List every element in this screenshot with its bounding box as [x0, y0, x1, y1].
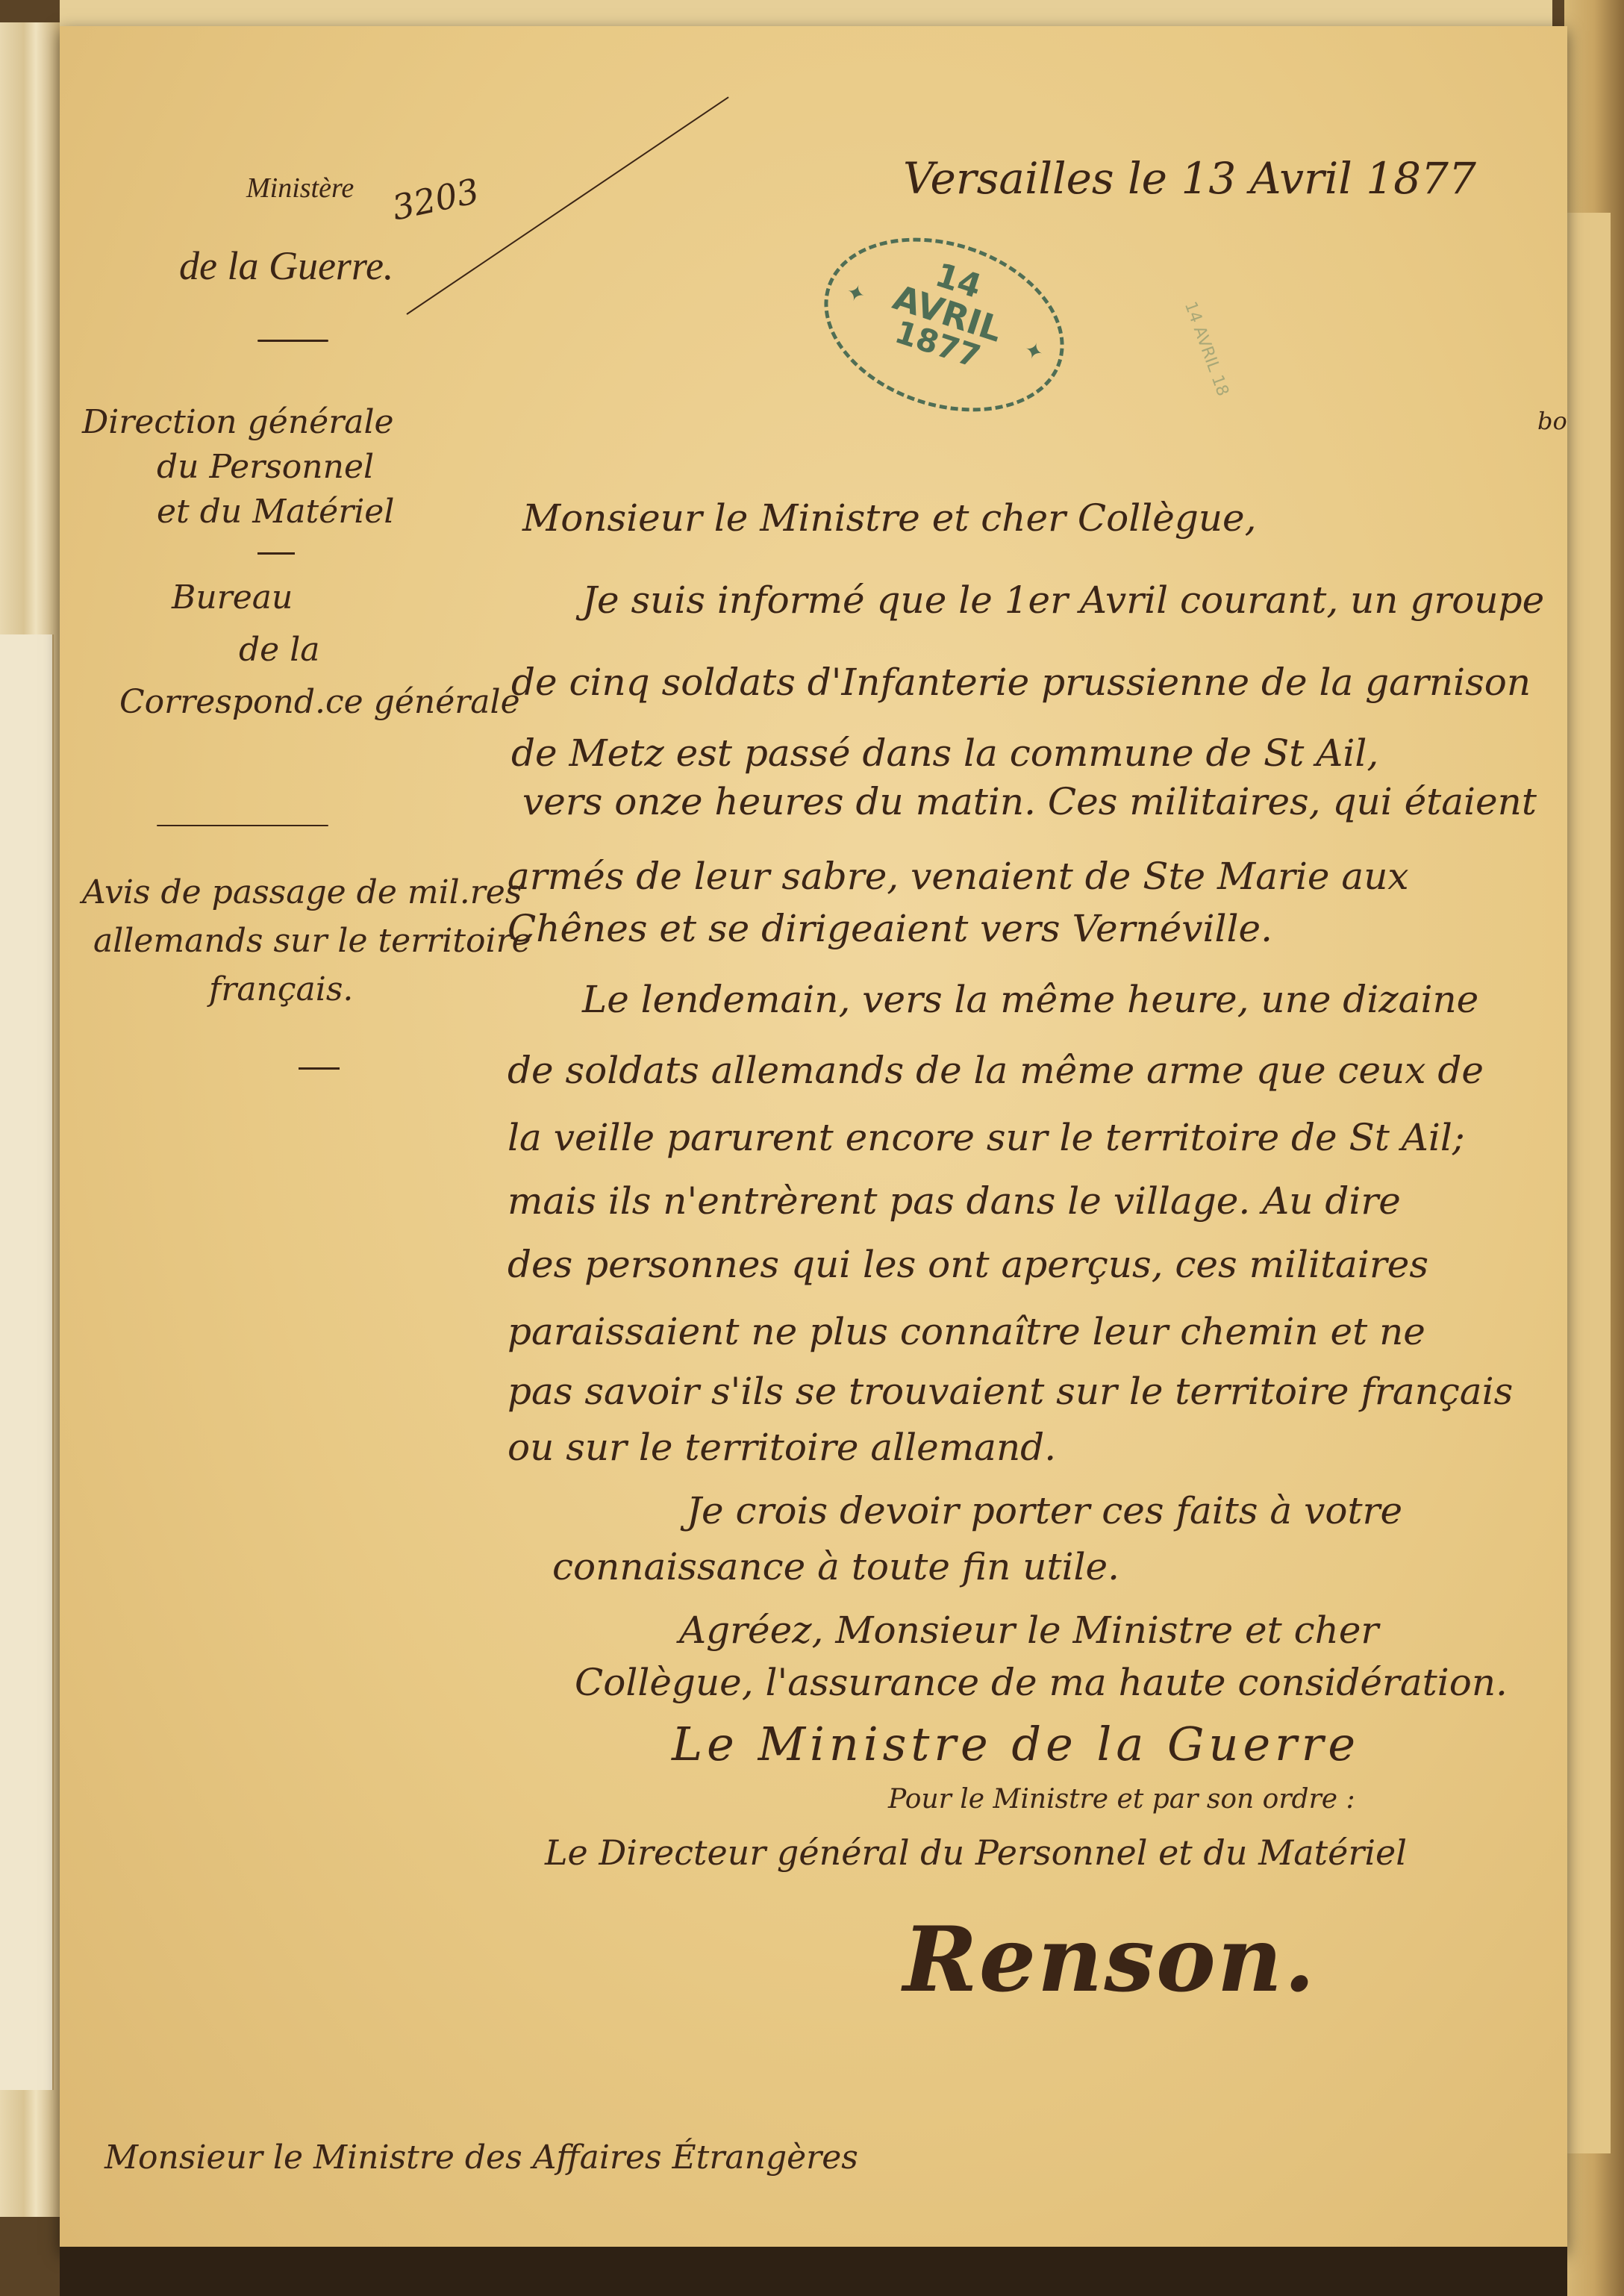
letter-page: Ministère de la Guerre. 3203 Versailles … — [60, 26, 1567, 2250]
subject-line-2: allemands sur le territoire — [93, 922, 531, 960]
reception-date-stamp: ✦ 14 AVRIL 1877 ✦ — [802, 208, 1087, 440]
signature-role: Le Directeur général du Personnel et du … — [545, 1832, 1407, 1873]
closing-line: Collègue, l'assurance de ma haute consid… — [575, 1661, 1508, 1704]
dept-line-3: et du Matériel — [157, 493, 394, 531]
body-line: la veille parurent encore sur le territo… — [507, 1116, 1465, 1159]
body-line: paraissaient ne plus connaître leur chem… — [507, 1310, 1425, 1353]
body-line: ou sur le territoire allemand. — [507, 1426, 1056, 1469]
subject-line-3: français. — [209, 970, 353, 1008]
letterhead-ornament — [257, 340, 328, 342]
body-line: pas savoir s'ils se trouvaient sur le te… — [507, 1370, 1513, 1413]
subject-divider — [299, 1067, 340, 1070]
dept-line-5: de la — [239, 631, 320, 669]
body-line: connaissance à toute fin utile. — [552, 1545, 1119, 1588]
signature-title: Le Ministre de la Guerre — [672, 1717, 1360, 1771]
underlying-sheet — [0, 634, 54, 2090]
body-line: Le lendemain, vers la même heure, une di… — [582, 978, 1478, 1021]
letterhead-ministere: Ministère — [246, 172, 354, 205]
top-sheet-edge — [60, 0, 1552, 30]
right-page-stack — [1564, 0, 1624, 2296]
body-line: Chênes et se dirigeaient vers Vernéville… — [507, 907, 1272, 950]
signature: Renson. — [903, 1907, 1317, 2012]
letterhead-guerre: de la Guerre. — [179, 243, 393, 289]
subject-line-1: Avis de passage de mil.res — [82, 873, 522, 911]
dept-flourish — [157, 825, 328, 826]
body-line: Je crois devoir porter ces faits à votre — [687, 1489, 1402, 1532]
dept-line-4: Bureau — [172, 578, 293, 617]
folded-flap — [1564, 213, 1611, 2153]
body-line: vers onze heures du matin. Ces militaire… — [522, 780, 1537, 823]
closing-line: Agréez, Monsieur le Ministre et cher — [679, 1609, 1378, 1652]
table-shadow — [60, 2247, 1567, 2296]
dept-line-6: Correspond.ce générale — [119, 683, 520, 721]
dept-line-2: du Personnel — [157, 448, 374, 486]
addressee: Monsieur le Ministre des Affaires Étrang… — [104, 2139, 858, 2177]
body-line: de cinq soldats d'Infanterie prussienne … — [511, 661, 1531, 704]
place-date: Versailles le 13 Avril 1877 — [903, 153, 1476, 204]
margin-note-right: bo — [1537, 407, 1567, 435]
body-line: de soldats allemands de la même arme que… — [507, 1049, 1484, 1092]
signature-delegation: Pour le Ministre et par son ordre : — [888, 1784, 1355, 1815]
body-line: Je suis informé que le 1er Avril courant… — [582, 578, 1544, 622]
body-line: mais ils n'entrèrent pas dans le village… — [507, 1179, 1401, 1223]
ghost-stamp-offset: 14 AVRIL 18 — [1181, 299, 1232, 399]
body-line: de Metz est passé dans la commune de St … — [511, 731, 1378, 775]
left-page-stack — [0, 22, 62, 2217]
dept-divider — [257, 552, 295, 555]
reference-number: 3203 — [389, 170, 483, 228]
body-line: armés de leur sabre, venaient de Ste Mar… — [507, 855, 1409, 898]
salutation: Monsieur le Ministre et cher Collègue, — [522, 496, 1257, 540]
dept-line-1: Direction générale — [82, 403, 394, 441]
body-line: des personnes qui les ont aperçus, ces m… — [507, 1243, 1428, 1286]
